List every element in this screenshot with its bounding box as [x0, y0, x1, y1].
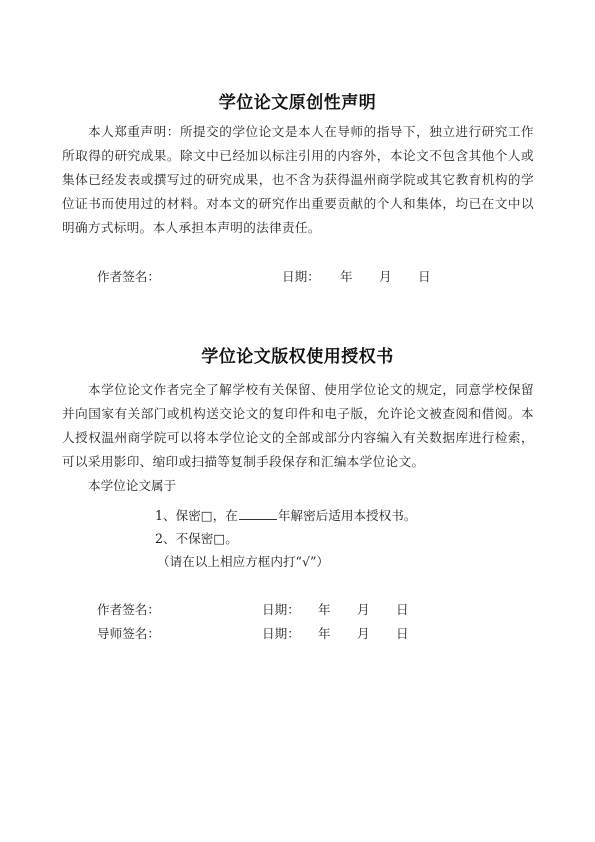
advisor-year-label: 年: [318, 626, 331, 642]
advisor-signature-label: 导师签名：: [97, 626, 160, 642]
declaration-line-5: 明确方式标明。本人承担本声明的法律责任。: [62, 220, 534, 236]
declaration-month-label: 月: [379, 269, 392, 285]
option-not-confidential: 2、不保密□。: [155, 531, 238, 547]
author-date-label: 日期：: [262, 602, 300, 618]
declaration-line-3: 集体已经发表或撰写过的研究成果，也不含为获得温州商学院或其它教育机构的学: [62, 172, 534, 188]
declaration-line-1: 本人郑重声明：所提交的学位论文是本人在导师的指导下，独立进行研究工作: [88, 124, 534, 140]
authorization-line-3: 人授权温州商学院可以将本学位论文的全部或部分内容编入有关数据库进行检索，: [62, 430, 534, 446]
authorization-author-signature-label: 作者签名：: [97, 602, 160, 618]
authorization-title: 学位论文版权使用授权书: [0, 347, 595, 367]
document-page: 学位论文原创性声明 本人郑重声明：所提交的学位论文是本人在导师的指导下，独立进行…: [0, 0, 595, 842]
option-confidential-suffix: 年解密后适用本授权书。: [278, 508, 417, 523]
declaration-line-4: 位证书而使用过的材料。对本文的研究作出重要贡献的个人和集体，均已在文中以: [62, 196, 534, 212]
authorization-line-1: 本学位论文作者完全了解学校有关保留、使用学位论文的规定，同意学校保留: [88, 382, 534, 398]
belongs-label: 本学位论文属于: [88, 478, 176, 494]
advisor-date-label: 日期：: [262, 626, 300, 642]
declaration-day-label: 日: [418, 269, 431, 285]
declaration-title: 学位论文原创性声明: [0, 93, 595, 113]
option-confidential-prefix: 1、保密□，在: [155, 508, 238, 523]
declaration-date-label: 日期：: [282, 269, 320, 285]
declaration-author-signature-label: 作者签名：: [97, 269, 160, 285]
authorization-line-2: 并向国家有关部门或机构送交论文的复印件和电子版，允许论文被查阅和借阅。本: [62, 406, 534, 422]
author-day-label: 日: [396, 602, 409, 618]
author-month-label: 月: [357, 602, 370, 618]
declaration-line-2: 所取得的研究成果。除文中已经加以标注引用的内容外，本论文不包含其他个人或: [62, 148, 534, 164]
advisor-day-label: 日: [396, 626, 409, 642]
authorization-line-4: 可以采用影印、缩印或扫描等复制手段保存和汇编本学位论文。: [62, 454, 534, 470]
author-year-label: 年: [318, 602, 331, 618]
advisor-month-label: 月: [357, 626, 370, 642]
unseal-year-blank[interactable]: [239, 508, 277, 520]
checkbox-instruction: （请在以上相应方框内打“√”）: [157, 554, 329, 570]
declaration-year-label: 年: [340, 269, 353, 285]
option-confidential: 1、保密□，在年解密后适用本授权书。: [155, 508, 416, 524]
